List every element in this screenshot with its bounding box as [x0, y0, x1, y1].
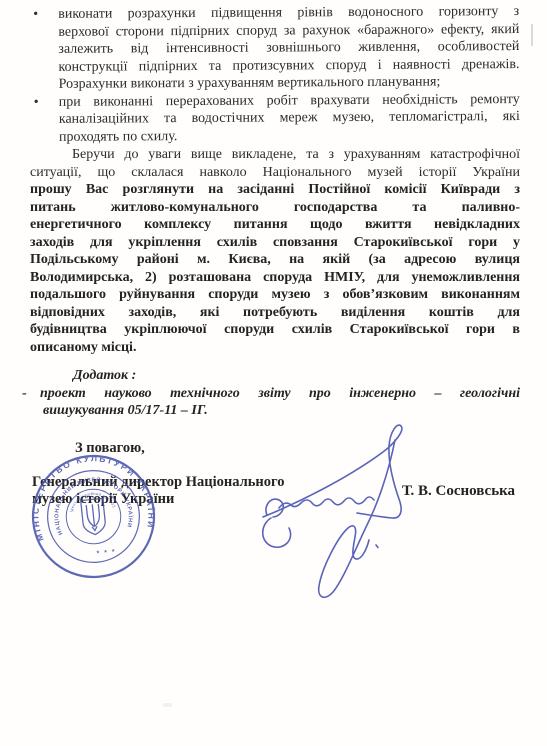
signer-name: Т. В. Сосновська	[402, 483, 515, 500]
text-line: каналізаційних та водостічних мереж музе…	[59, 108, 520, 128]
scan-artifact	[531, 24, 533, 46]
text-line: енергетичного комплексу питання щодо вжи…	[30, 216, 520, 234]
scanned-letter-page: • виконати розрахунки підвищення рівнів …	[0, 0, 547, 746]
signer-title-line2: музею історії України	[32, 491, 174, 508]
bullet-item-1: • виконати розрахунки підвищення рівнів …	[29, 3, 520, 93]
text-line: прошу Вас розглянути на засіданні Постій…	[30, 181, 520, 199]
main-paragraph: Беручи до уваги вище викладене, та з ура…	[30, 146, 520, 356]
bullet-marker: •	[29, 6, 59, 94]
scan-smudge	[163, 703, 172, 707]
text-line: виконати розрахунки підвищення рівнів во…	[58, 3, 519, 23]
official-stamp: МІНІСТЕРСТВО КУЛЬТУРИ УКРАЇНИ НАЦІОНАЛЬН…	[30, 453, 157, 580]
stamp-outer-circle	[30, 453, 157, 580]
dash-marker: -	[22, 385, 27, 403]
text-column: • виконати розрахунки підвищення рівнів …	[30, 6, 520, 420]
bullet-item-1-body: виконати розрахунки підвищення рівнів во…	[58, 3, 520, 93]
bullet-item-2: • при виконанні перерахованих робіт врах…	[30, 91, 520, 146]
attachment-section: Додаток : - проект науково технічного зв…	[30, 367, 520, 420]
text-line: проходять по схилу.	[59, 126, 520, 146]
signature	[255, 420, 515, 605]
bullet-list: • виконати розрахунки підвищення рівнів …	[29, 3, 520, 146]
text-line: конструкції підпірних та протизсувних сп…	[58, 56, 519, 76]
text-line: проект науково технічного звіту про інже…	[30, 385, 520, 403]
attachment-heading: Додаток :	[73, 367, 520, 385]
text-line: Беручи до уваги вище викладене, та з ура…	[30, 146, 520, 164]
text-line: вишукування 05/17-11 – ІГ.	[30, 402, 520, 420]
text-line: Володимирська, 2) розташована споруда НМ…	[30, 269, 520, 287]
signer-title-line1: Генеральний директор Національного	[32, 474, 284, 491]
text-line: залежить від інтенсивності зовнішнього ж…	[58, 38, 519, 58]
text-line: питань житлово-комунального господарства…	[30, 199, 520, 217]
text-line: відповідних заходів, які потребують виді…	[30, 304, 520, 322]
text-line: Подільському районі м. Києва, на якій (з…	[30, 251, 520, 269]
bullet-marker: •	[30, 93, 59, 146]
text-line: подальшого руйнування споруди музею з об…	[30, 286, 520, 304]
attachment-item: - проект науково технічного звіту про ін…	[30, 385, 520, 420]
text-line: ситуації, що склалася навколо Національн…	[30, 164, 520, 182]
bullet-item-2-body: при виконанні перерахованих робіт врахув…	[59, 91, 520, 146]
text-line: описаному місці.	[30, 339, 520, 357]
text-line: будівництва укріплюючої споруди схилів С…	[30, 321, 520, 339]
text-line: заходів для укріплення схилів сповзання …	[30, 234, 520, 252]
stamp-stars: * * *	[96, 549, 116, 558]
salutation: З повагою,	[75, 440, 145, 457]
